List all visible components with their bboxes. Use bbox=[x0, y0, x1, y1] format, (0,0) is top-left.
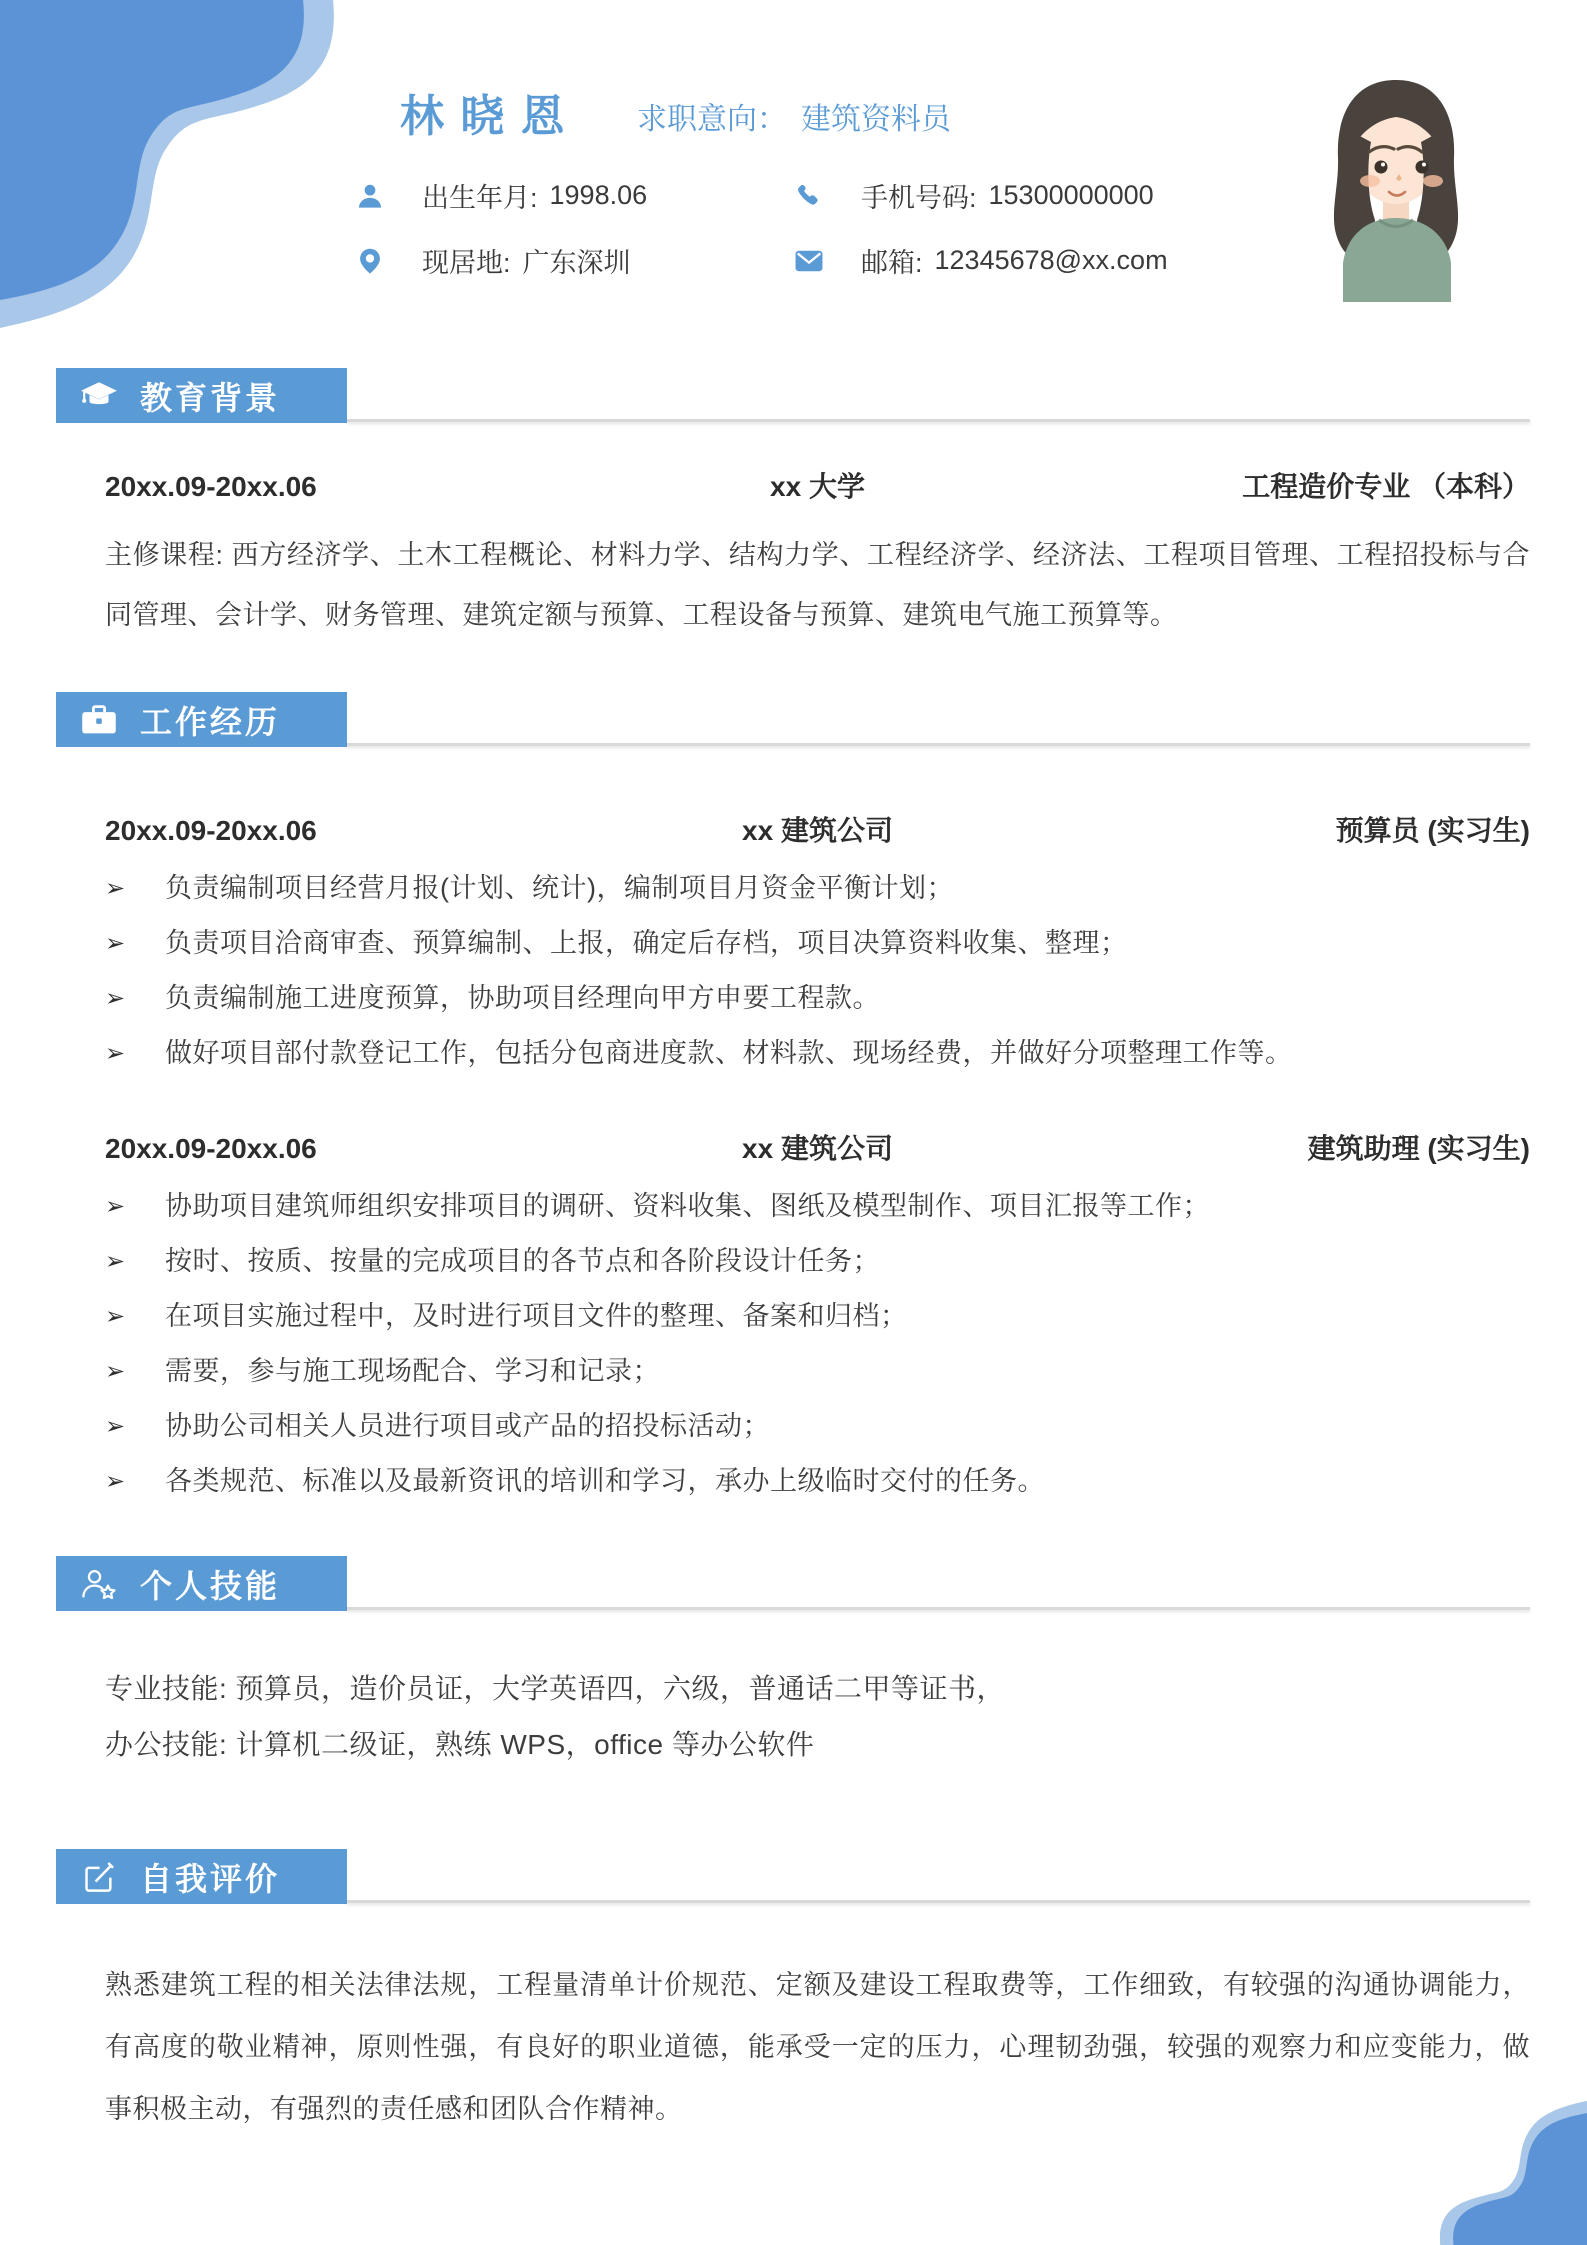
bullet-text: 负责项目洽商审查、预算编制、上报，确定后存档，项目决算资料收集、整理； bbox=[165, 916, 1530, 971]
education-body: 20xx.09-20xx.06 xx 大学 工程造价专业 （本科） 主修课程: … bbox=[56, 465, 1530, 645]
list-item: ➢做好项目部付款登记工作，包括分包商进度款、材料款、现场经费，并做好分项整理工作… bbox=[105, 1026, 1530, 1081]
skills-header-box: 个人技能 bbox=[56, 1556, 347, 1611]
contact-email: 邮箱: 12345678@xx.com bbox=[795, 241, 1168, 280]
job-intention: 求职意向： 建筑资料员 bbox=[637, 94, 951, 138]
work-header-box: 工作经历 bbox=[56, 692, 347, 747]
arrow-bullet-icon: ➢ bbox=[105, 1289, 165, 1344]
resume-page: 林 晓 恩 求职意向： 建筑资料员 出生年月: 1998.06 手机号码: 15… bbox=[0, 0, 1587, 2245]
job-intention-value: 建筑资料员 bbox=[801, 94, 951, 138]
list-item: ➢需要，参与施工现场配合、学习和记录； bbox=[105, 1344, 1530, 1399]
education-major: 工程造价专业 （本科） bbox=[1100, 465, 1530, 505]
bullet-text: 在项目实施过程中，及时进行项目文件的整理、备案和归档； bbox=[165, 1289, 1530, 1344]
section-divider bbox=[347, 1900, 1530, 1903]
job-date: 20xx.09-20xx.06 bbox=[105, 815, 535, 847]
list-item: ➢负责项目洽商审查、预算编制、上报，确定后存档，项目决算资料收集、整理； bbox=[105, 916, 1530, 971]
arrow-bullet-icon: ➢ bbox=[105, 1454, 165, 1509]
section-divider bbox=[347, 419, 1530, 422]
arrow-bullet-icon: ➢ bbox=[105, 1026, 165, 1081]
work-body: 20xx.09-20xx.06 xx 建筑公司 预算员 (实习生) ➢负责编制项… bbox=[56, 809, 1530, 1509]
list-item: ➢各类规范、标准以及最新资讯的培训和学习，承办上级临时交付的任务。 bbox=[105, 1454, 1530, 1509]
job-date: 20xx.09-20xx.06 bbox=[105, 1133, 535, 1165]
evaluation-header-box: 自我评价 bbox=[56, 1849, 347, 1904]
arrow-bullet-icon: ➢ bbox=[105, 916, 165, 971]
arrow-bullet-icon: ➢ bbox=[105, 1399, 165, 1454]
job-title: 预算员 (实习生) bbox=[1100, 809, 1530, 849]
bullet-text: 各类规范、标准以及最新资讯的培训和学习，承办上级临时交付的任务。 bbox=[165, 1454, 1530, 1509]
job-bullets: ➢协助项目建筑师组织安排项目的调研、资料收集、图纸及模型制作、项目汇报等工作； … bbox=[105, 1179, 1530, 1509]
candidate-name: 林 晓 恩 bbox=[400, 80, 566, 144]
contact-phone-label: 手机号码: bbox=[861, 176, 977, 215]
bullet-text: 协助公司相关人员进行项目或产品的招投标活动； bbox=[165, 1399, 1530, 1454]
education-header-box: 教育背景 bbox=[56, 368, 347, 423]
work-title: 工作经历 bbox=[140, 697, 280, 743]
list-item: ➢协助项目建筑师组织安排项目的调研、资料收集、图纸及模型制作、项目汇报等工作； bbox=[105, 1179, 1530, 1234]
evaluation-text: 熟悉建筑工程的相关法律法规，工程量清单计价规范、定额及建设工程取费等，工作细致，… bbox=[105, 1954, 1530, 2140]
job-company: xx 建筑公司 bbox=[535, 1127, 1100, 1167]
arrow-bullet-icon: ➢ bbox=[105, 1234, 165, 1289]
evaluation-title: 自我评价 bbox=[140, 1854, 280, 1900]
education-entry: 20xx.09-20xx.06 xx 大学 工程造价专业 （本科） bbox=[105, 465, 1530, 505]
job-company: xx 建筑公司 bbox=[535, 809, 1100, 849]
section-divider bbox=[347, 743, 1530, 746]
contact-birth-label: 出生年月: bbox=[422, 176, 538, 215]
contact-residence-label: 现居地: bbox=[422, 241, 511, 280]
education-title: 教育背景 bbox=[140, 373, 280, 419]
bullet-text: 协助项目建筑师组织安排项目的调研、资料收集、图纸及模型制作、项目汇报等工作； bbox=[165, 1179, 1530, 1234]
section-evaluation: 自我评价 熟悉建筑工程的相关法律法规，工程量清单计价规范、定额及建设工程取费等，… bbox=[56, 1849, 1530, 2140]
job-intention-label: 求职意向： bbox=[637, 94, 787, 138]
briefcase-icon bbox=[80, 703, 118, 737]
skill-line-office: 办公技能: 计算机二级证，熟练 WPS，office 等办公软件 bbox=[105, 1717, 1530, 1773]
contact-phone: 手机号码: 15300000000 bbox=[795, 176, 1154, 215]
arrow-bullet-icon: ➢ bbox=[105, 1344, 165, 1399]
job-title: 建筑助理 (实习生) bbox=[1100, 1127, 1530, 1167]
skills-header: 个人技能 bbox=[56, 1556, 1530, 1611]
avatar bbox=[1315, 68, 1477, 302]
edit-pencil-icon bbox=[80, 1860, 118, 1894]
contact-birth: 出生年月: 1998.06 bbox=[356, 176, 647, 215]
education-courses: 主修课程: 西方经济学、土木工程概论、材料力学、结构力学、工程经济学、经济法、工… bbox=[105, 525, 1530, 645]
skill-line-professional: 专业技能: 预算员，造价员证，大学英语四，六级，普通话二甲等证书， bbox=[105, 1661, 1530, 1717]
list-item: ➢按时、按质、按量的完成项目的各节点和各阶段设计任务； bbox=[105, 1234, 1530, 1289]
bullet-text: 负责编制项目经营月报(计划、统计)，编制项目月资金平衡计划； bbox=[165, 861, 1530, 916]
education-header: 教育背景 bbox=[56, 368, 1530, 423]
list-item: ➢协助公司相关人员进行项目或产品的招投标活动； bbox=[105, 1399, 1530, 1454]
resume-header: 林 晓 恩 求职意向： 建筑资料员 出生年月: 1998.06 手机号码: 15… bbox=[0, 0, 1587, 368]
bullet-text: 按时、按质、按量的完成项目的各节点和各阶段设计任务； bbox=[165, 1234, 1530, 1289]
arrow-bullet-icon: ➢ bbox=[105, 1179, 165, 1234]
skills-body: 专业技能: 预算员，造价员证，大学英语四，六级，普通话二甲等证书， 办公技能: … bbox=[56, 1661, 1530, 1773]
job-heading: 20xx.09-20xx.06 xx 建筑公司 建筑助理 (实习生) bbox=[105, 1127, 1530, 1167]
person-star-icon bbox=[80, 1567, 118, 1601]
arrow-bullet-icon: ➢ bbox=[105, 971, 165, 1026]
bullet-text: 需要，参与施工现场配合、学习和记录； bbox=[165, 1344, 1530, 1399]
contact-email-label: 邮箱: bbox=[861, 241, 923, 280]
section-education: 教育背景 20xx.09-20xx.06 xx 大学 工程造价专业 （本科） 主… bbox=[56, 368, 1530, 645]
job-entry: 20xx.09-20xx.06 xx 建筑公司 预算员 (实习生) ➢负责编制项… bbox=[105, 809, 1530, 1081]
evaluation-header: 自我评价 bbox=[56, 1849, 1530, 1904]
list-item: ➢负责编制项目经营月报(计划、统计)，编制项目月资金平衡计划； bbox=[105, 861, 1530, 916]
phone-icon bbox=[795, 182, 823, 210]
bullet-text: 做好项目部付款登记工作，包括分包商进度款、材料款、现场经费，并做好分项整理工作等… bbox=[165, 1026, 1530, 1081]
section-divider bbox=[347, 1607, 1530, 1610]
contact-birth-value: 1998.06 bbox=[550, 180, 648, 211]
section-skills: 个人技能 专业技能: 预算员，造价员证，大学英语四，六级，普通话二甲等证书， 办… bbox=[56, 1556, 1530, 1773]
skills-title: 个人技能 bbox=[140, 1561, 280, 1607]
section-work: 工作经历 20xx.09-20xx.06 xx 建筑公司 预算员 (实习生) ➢… bbox=[56, 692, 1530, 1509]
list-item: ➢负责编制施工进度预算，协助项目经理向甲方申要工程款。 bbox=[105, 971, 1530, 1026]
graduation-cap-icon bbox=[80, 379, 118, 413]
location-icon bbox=[356, 247, 384, 275]
evaluation-body: 熟悉建筑工程的相关法律法规，工程量清单计价规范、定额及建设工程取费等，工作细致，… bbox=[56, 1954, 1530, 2140]
job-bullets: ➢负责编制项目经营月报(计划、统计)，编制项目月资金平衡计划； ➢负责项目洽商审… bbox=[105, 861, 1530, 1081]
job-entry: 20xx.09-20xx.06 xx 建筑公司 建筑助理 (实习生) ➢协助项目… bbox=[105, 1127, 1530, 1509]
work-header: 工作经历 bbox=[56, 692, 1530, 747]
contact-phone-value: 15300000000 bbox=[989, 180, 1154, 211]
corner-blob-bottom-right bbox=[1435, 2100, 1587, 2245]
contact-residence-value: 广东深圳 bbox=[523, 241, 631, 280]
contact-email-value: 12345678@xx.com bbox=[935, 245, 1168, 276]
mail-icon bbox=[795, 247, 823, 275]
list-item: ➢在项目实施过程中，及时进行项目文件的整理、备案和归档； bbox=[105, 1289, 1530, 1344]
bullet-text: 负责编制施工进度预算，协助项目经理向甲方申要工程款。 bbox=[165, 971, 1530, 1026]
contact-residence: 现居地: 广东深圳 bbox=[356, 241, 631, 280]
arrow-bullet-icon: ➢ bbox=[105, 861, 165, 916]
education-school: xx 大学 bbox=[535, 465, 1100, 505]
job-heading: 20xx.09-20xx.06 xx 建筑公司 预算员 (实习生) bbox=[105, 809, 1530, 849]
person-icon bbox=[356, 182, 384, 210]
education-date: 20xx.09-20xx.06 bbox=[105, 471, 535, 503]
